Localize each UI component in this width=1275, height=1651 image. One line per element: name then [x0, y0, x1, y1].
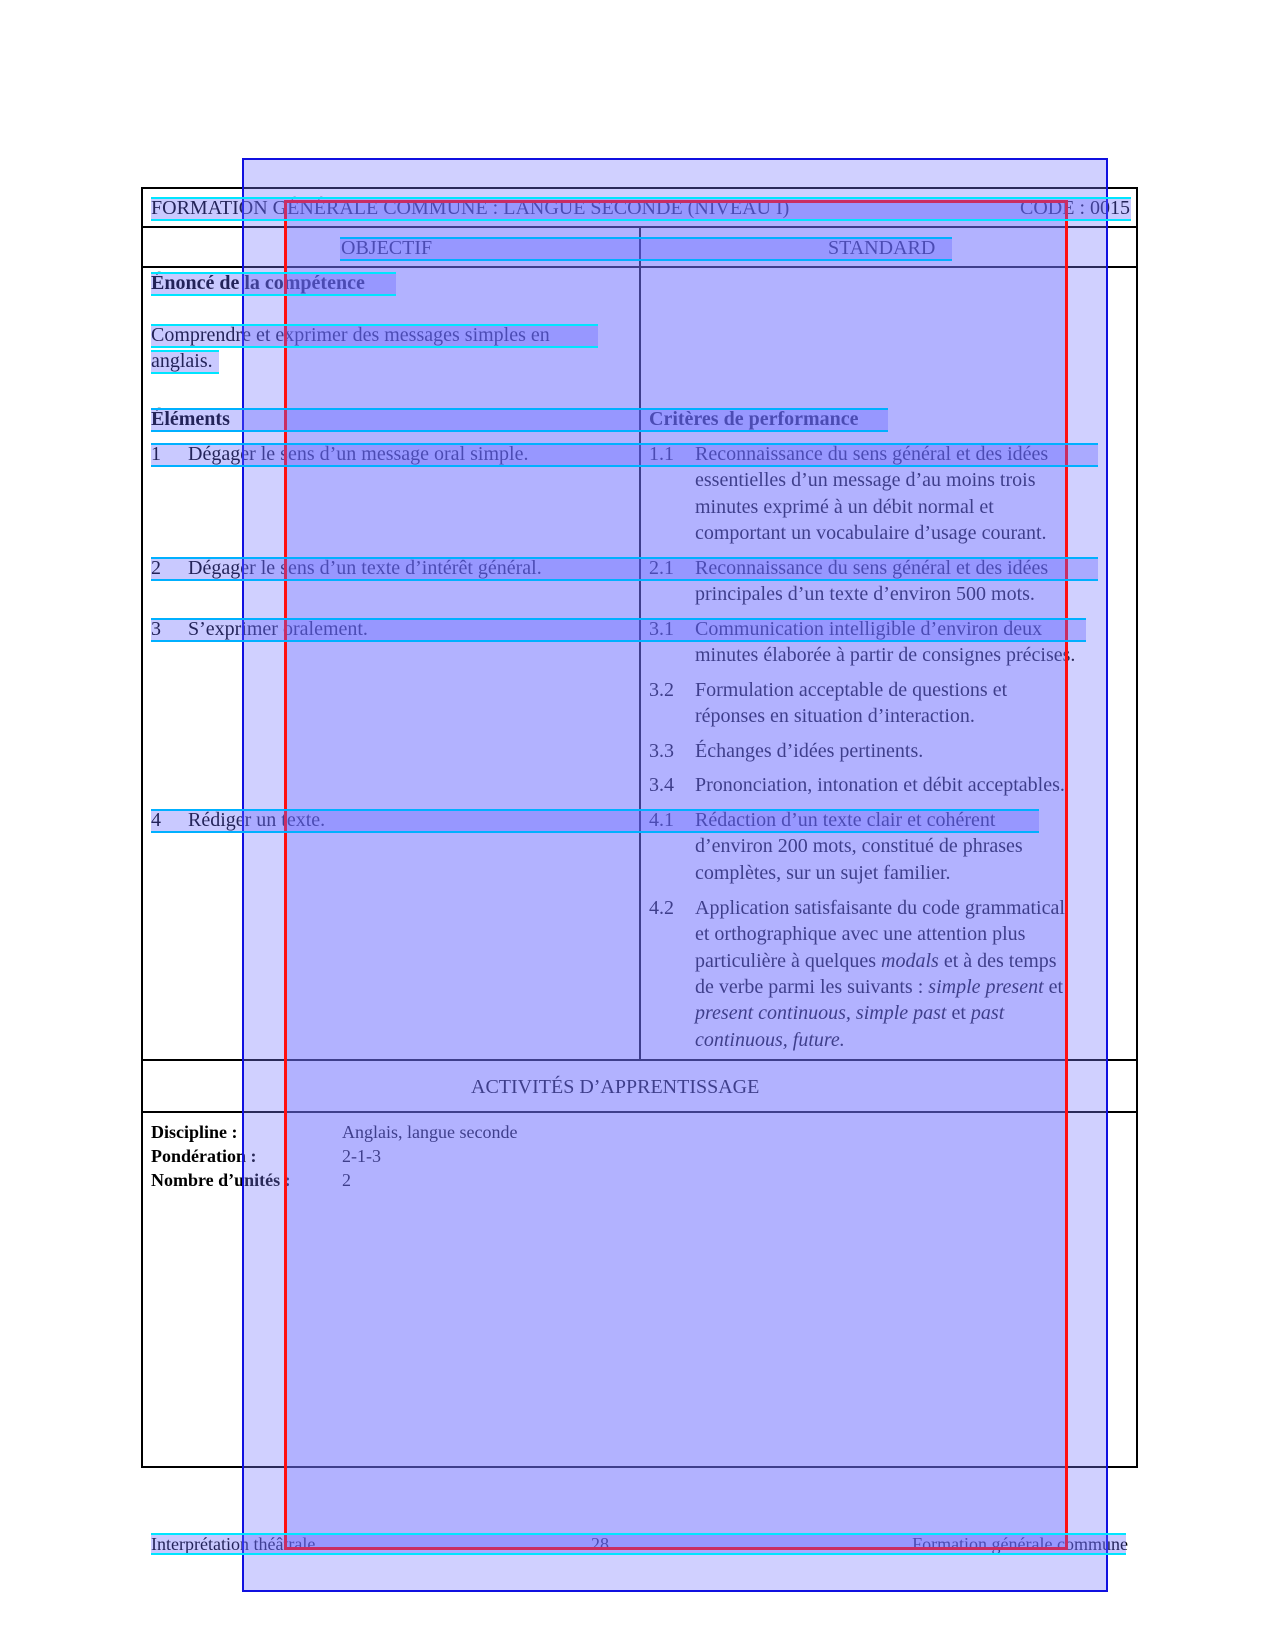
- activities-heading: ACTIVITÉS D’APPRENTISSAGE: [471, 1074, 759, 1100]
- element-2-num: 2: [151, 555, 161, 581]
- element-4-num: 4: [151, 807, 161, 833]
- criterion-line: comportant un vocabulaire d’usage couran…: [695, 520, 1047, 546]
- activity-value: Anglais, langue seconde: [342, 1120, 517, 1144]
- criterion-num: 3.2: [649, 677, 674, 703]
- competence-text-line1: Comprendre et exprimer des messages simp…: [151, 322, 550, 348]
- criterion-line: Échanges d’idées pertinents.: [695, 738, 923, 764]
- activity-value: 2: [342, 1168, 351, 1192]
- criterion-line: et orthographique avec une attention plu…: [695, 921, 1025, 947]
- column-divider: [639, 226, 641, 1061]
- footer-right: Formation générale commune: [912, 1531, 1128, 1557]
- element-4-text: Rédiger un texte.: [188, 807, 325, 833]
- italic-term: present continuous, simple past: [695, 1002, 951, 1024]
- criterion-line: minutes exprimé à un débit normal et: [695, 494, 994, 520]
- criterion-num: 3.1: [649, 616, 674, 642]
- activity-value: 2-1-3: [342, 1144, 381, 1168]
- text-run: de verbe parmi les suivants :: [695, 976, 928, 998]
- criterion-line: de verbe parmi les suivants : simple pre…: [695, 974, 1063, 1000]
- text-run: et: [1044, 976, 1063, 998]
- criteria-heading: Critères de performance: [649, 406, 859, 432]
- criterion-line: Formulation acceptable de questions et: [695, 677, 1007, 703]
- criterion-num: 3.4: [649, 772, 674, 798]
- competence-text-line2: anglais.: [151, 348, 213, 374]
- competence-heading: Énoncé de la compétence: [151, 270, 365, 296]
- criterion-num: 2.1: [649, 555, 674, 581]
- activity-label: Nombre d’unités :: [151, 1168, 291, 1192]
- criterion-line: Reconnaissance du sens général et des id…: [695, 441, 1048, 467]
- italic-term: past: [971, 1002, 1004, 1024]
- objective-header: OBJECTIF: [341, 235, 432, 261]
- italic-term: modals: [881, 950, 939, 972]
- row-divider-activities-bottom: [141, 1111, 1138, 1113]
- criterion-line: continuous, future.: [695, 1027, 845, 1053]
- criterion-line: Prononciation, intonation et débit accep…: [695, 772, 1065, 798]
- element-3-num: 3: [151, 616, 161, 642]
- criterion-line: d’environ 200 mots, constitué de phrases: [695, 833, 1023, 859]
- criterion-num: 4.2: [649, 895, 674, 921]
- element-1-num: 1: [151, 441, 161, 467]
- footer-left: Interprétation théâtrale: [151, 1531, 315, 1557]
- page-number: 28: [591, 1531, 609, 1557]
- criterion-line: essentielles d’un message d’au moins tro…: [695, 467, 1036, 493]
- criterion-line: present continuous, simple past et past: [695, 1000, 1004, 1026]
- italic-term: simple present: [928, 976, 1043, 998]
- criterion-line: minutes élaborée à partir de consignes p…: [695, 642, 1075, 668]
- course-title: FORMATION GÉNÉRALE COMMUNE : LANGUE SECO…: [151, 195, 789, 221]
- text-run: particulière à quelques: [695, 950, 881, 972]
- criterion-num: 1.1: [649, 441, 674, 467]
- element-1-text: Dégager le sens d’un message oral simple…: [188, 441, 528, 467]
- criterion-line: Rédaction d’un texte clair et cohérent: [695, 807, 995, 833]
- criterion-line: particulière à quelques modals et à des …: [695, 948, 1057, 974]
- activity-label: Discipline :: [151, 1120, 238, 1144]
- text-run: et à des temps: [939, 950, 1057, 972]
- criterion-line: Application satisfaisante du code gramma…: [695, 895, 1065, 921]
- criterion-line: principales d’un texte d’environ 500 mot…: [695, 581, 1035, 607]
- standard-header: STANDARD: [828, 235, 935, 261]
- text-run: et: [951, 1002, 970, 1024]
- row-divider-activities-top: [141, 1059, 1138, 1061]
- course-code: CODE : 0015: [1020, 195, 1130, 221]
- criterion-line: Communication intelligible d’environ deu…: [695, 616, 1042, 642]
- elements-heading: Éléments: [151, 406, 230, 432]
- element-3-text: S’exprimer oralement.: [188, 616, 368, 642]
- criterion-num: 3.3: [649, 738, 674, 764]
- activity-label: Pondération :: [151, 1144, 257, 1168]
- criterion-line: complètes, sur un sujet familier.: [695, 860, 951, 886]
- criterion-line: Reconnaissance du sens général et des id…: [695, 555, 1048, 581]
- criterion-num: 4.1: [649, 807, 674, 833]
- element-2-text: Dégager le sens d’un texte d’intérêt gén…: [188, 555, 542, 581]
- criterion-line: réponses en situation d’interaction.: [695, 703, 975, 729]
